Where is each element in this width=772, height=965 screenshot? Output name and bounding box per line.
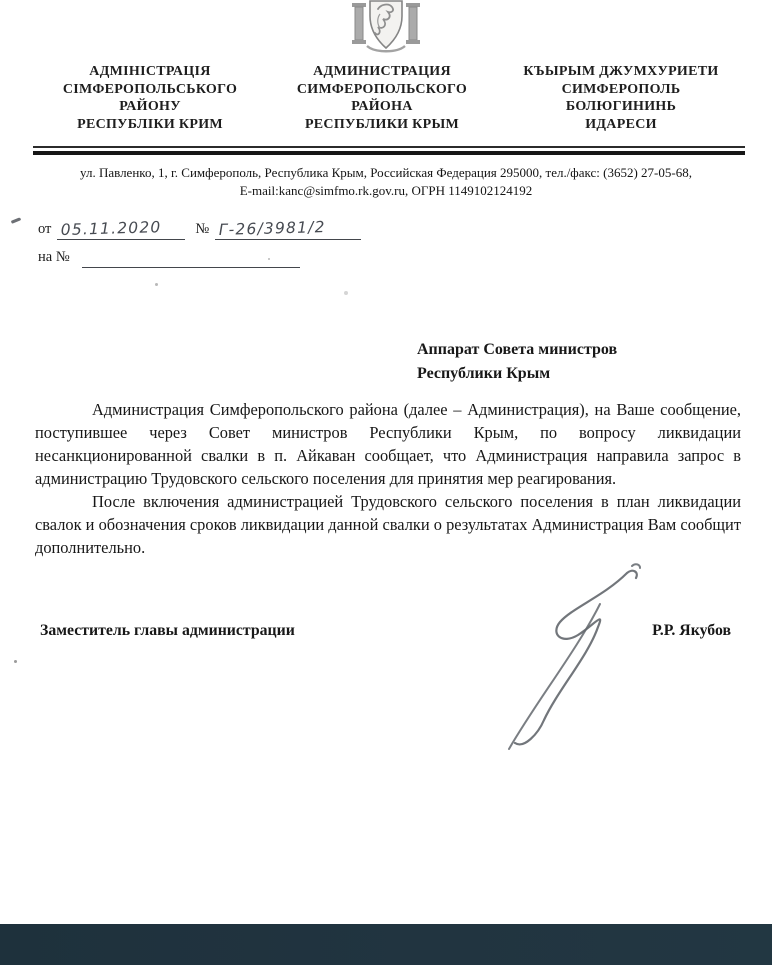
scanner-backdrop — [0, 924, 772, 965]
body-paragraph-1: Администрация Симферопольского района (д… — [35, 398, 741, 490]
contact-address-line: ул. Павленко, 1, г. Симферополь, Республ… — [0, 164, 772, 182]
scan-speck — [155, 283, 158, 286]
incoming-reference-row: на № — [38, 244, 361, 268]
handwritten-number: Г-26/3981/2 — [219, 218, 326, 239]
handwritten-date: 05.11.2020 — [61, 218, 162, 239]
outgoing-reference-row: от 05.11.2020 № Г-26/3981/2 — [38, 216, 361, 240]
body-paragraph-2: После включения администрацией Трудовско… — [35, 490, 741, 559]
scan-speck — [14, 660, 17, 663]
number-field-line: Г-26/3981/2 — [215, 217, 361, 240]
org-name-russian: АДМИНИСТРАЦИЯ СИМФЕРОПОЛЬСКОГО РАЙОНА РЕ… — [264, 63, 500, 133]
date-field-line: 05.11.2020 — [57, 217, 185, 240]
recipient-block: Аппарат Совета министров Республики Крым — [417, 338, 617, 386]
org-name-ukrainian: АДМІНІСТРАЦІЯ СІМФЕРОПОЛЬСЬКОГО РАЙОНУ Р… — [36, 63, 264, 133]
letter-body: Администрация Симферопольского района (д… — [35, 398, 741, 559]
signer-position-title: Заместитель главы администрации — [40, 622, 295, 640]
letterhead: АДМІНІСТРАЦІЯ СІМФЕРОПОЛЬСЬКОГО РАЙОНУ Р… — [36, 63, 742, 133]
from-label: от — [38, 221, 51, 240]
number-sign: № — [195, 221, 209, 240]
contact-block: ул. Павленко, 1, г. Симферополь, Республ… — [0, 164, 772, 200]
contact-email-line: E-mail:kanc@simfmo.rk.gov.ru, ОГРН 11491… — [0, 182, 772, 200]
reply-to-label: на № — [38, 249, 70, 268]
pen-tick-mark — [11, 217, 21, 224]
scanned-letter-page: АДМІНІСТРАЦІЯ СІМФЕРОПОЛЬСЬКОГО РАЙОНУ Р… — [0, 0, 772, 965]
scan-speck — [344, 291, 348, 295]
org-name-crimean-tatar: КЪЫРЫМ ДЖУМХУРИЕТИ СИМФЕРОПОЛЬ БОЛЮГИНИН… — [500, 63, 742, 133]
crimea-coat-of-arms-icon — [347, 0, 425, 55]
reply-number-field-line — [82, 245, 300, 268]
handwritten-signature — [496, 552, 666, 757]
reference-block: от 05.11.2020 № Г-26/3981/2 на № — [38, 216, 361, 272]
letterhead-divider — [33, 146, 745, 155]
